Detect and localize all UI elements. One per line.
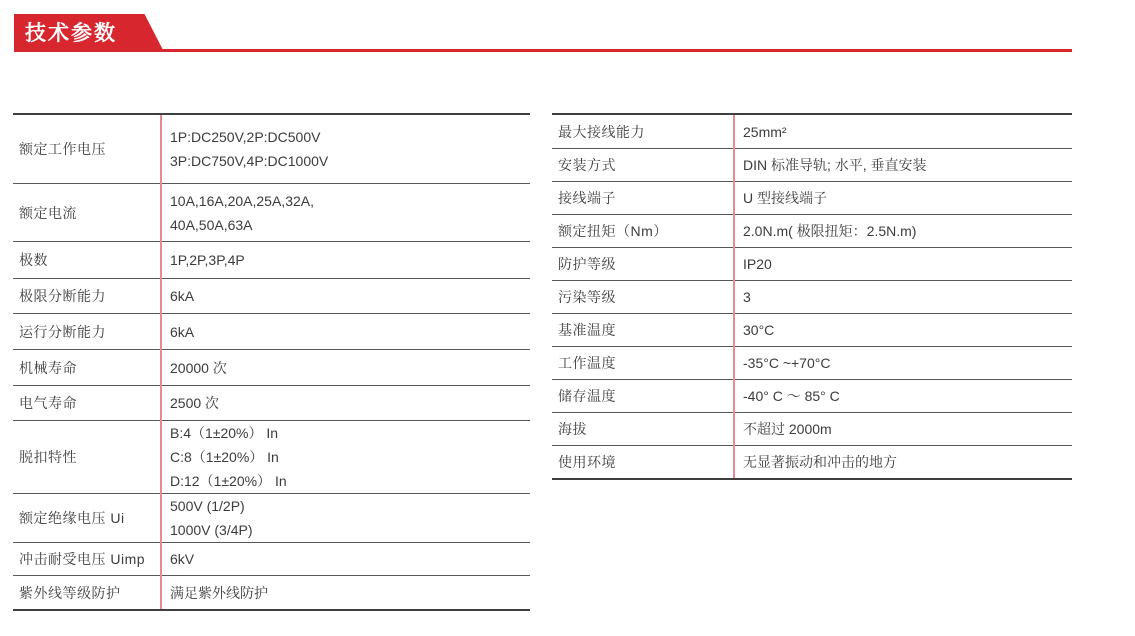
- spec-label: 额定工作电压: [13, 139, 160, 159]
- column-divider: [733, 115, 735, 478]
- table-row: 储存温度 -40° C ～ 85° C: [552, 379, 1072, 412]
- spec-value: 10A,16A,20A,25A,32A, 40A,50A,63A: [160, 189, 530, 237]
- spec-label: 污染等级: [552, 287, 733, 307]
- spec-value: 1P,2P,3P,4P: [160, 248, 530, 272]
- table-row: 额定绝缘电压 Ui 500V (1/2P) 1000V (3/4P): [13, 493, 530, 542]
- spec-value: 500V (1/2P) 1000V (3/4P): [160, 494, 530, 542]
- table-row: 冲击耐受电压 Uimp 6kV: [13, 542, 530, 575]
- spec-value: 3: [733, 285, 1072, 309]
- spec-value: 2.0N.m( 极限扭矩：2.5N.m): [733, 219, 1072, 243]
- spec-label: 极限分断能力: [13, 286, 160, 306]
- spec-label: 储存温度: [552, 386, 733, 406]
- table-row: 安装方式 DIN 标准导轨; 水平, 垂直安装: [552, 148, 1072, 181]
- spec-value: U 型接线端子: [733, 186, 1072, 210]
- spec-value: 6kA: [160, 284, 530, 308]
- spec-label: 安装方式: [552, 155, 733, 175]
- spec-label: 电气寿命: [13, 393, 160, 413]
- spec-label: 接线端子: [552, 188, 733, 208]
- table-row: 电气寿命 2500 次: [13, 385, 530, 420]
- spec-label: 冲击耐受电压 Uimp: [13, 549, 160, 569]
- table-row: 海拔 不超过 2000m: [552, 412, 1072, 445]
- spec-value: 满足紫外线防护: [160, 581, 530, 605]
- table-row: 运行分断能力 6kA: [13, 313, 530, 349]
- spec-label: 机械寿命: [13, 358, 160, 378]
- spec-value: 25mm²: [733, 120, 1072, 144]
- table-row: 最大接线能力 25mm²: [552, 115, 1072, 148]
- table-row: 额定工作电压 1P:DC250V,2P:DC500V 3P:DC750V,4P:…: [13, 115, 530, 183]
- table-row: 使用环境 无显著振动和冲击的地方: [552, 445, 1072, 478]
- table-row: 工作温度 -35°C ~+70°C: [552, 346, 1072, 379]
- spec-value: 无显著振动和冲击的地方: [733, 450, 1072, 474]
- spec-label: 脱扣特性: [13, 447, 160, 467]
- spec-label: 工作温度: [552, 353, 733, 373]
- section-banner: 技术参数: [14, 14, 164, 52]
- mechanical-spec-table: 最大接线能力 25mm² 安装方式 DIN 标准导轨; 水平, 垂直安装 接线端…: [552, 113, 1072, 480]
- table-row: 污染等级 3: [552, 280, 1072, 313]
- table-row: 脱扣特性 B:4（1±20%） In C:8（1±20%） In D:12（1±…: [13, 420, 530, 493]
- spec-label: 海拔: [552, 419, 733, 439]
- table-row: 极限分断能力 6kA: [13, 278, 530, 313]
- spec-value: 不超过 2000m: [733, 417, 1072, 441]
- table-row: 紫外线等级防护 满足紫外线防护: [13, 575, 530, 609]
- spec-label: 运行分断能力: [13, 322, 160, 342]
- spec-label: 防护等级: [552, 254, 733, 274]
- electrical-spec-table: 额定工作电压 1P:DC250V,2P:DC500V 3P:DC750V,4P:…: [13, 113, 530, 611]
- table-row: 防护等级 IP20: [552, 247, 1072, 280]
- spec-value: 20000 次: [160, 356, 530, 380]
- spec-label: 紫外线等级防护: [13, 583, 160, 603]
- spec-label: 额定绝缘电压 Ui: [13, 508, 160, 528]
- spec-value: 1P:DC250V,2P:DC500V 3P:DC750V,4P:DC1000V: [160, 125, 530, 173]
- table-row: 额定电流 10A,16A,20A,25A,32A, 40A,50A,63A: [13, 183, 530, 241]
- table-row: 接线端子 U 型接线端子: [552, 181, 1072, 214]
- spec-value: 6kA: [160, 320, 530, 344]
- spec-label: 使用环境: [552, 452, 733, 472]
- table-row: 额定扭矩（Nm） 2.0N.m( 极限扭矩：2.5N.m): [552, 214, 1072, 247]
- column-divider: [160, 115, 162, 609]
- spec-label: 极数: [13, 250, 160, 270]
- spec-value: 6kV: [160, 547, 530, 571]
- table-row: 基准温度 30°C: [552, 313, 1072, 346]
- spec-value: 30°C: [733, 318, 1072, 342]
- table-row: 机械寿命 20000 次: [13, 349, 530, 385]
- spec-label: 最大接线能力: [552, 122, 733, 142]
- spec-value: -40° C ～ 85° C: [733, 384, 1072, 408]
- spec-label: 基准温度: [552, 320, 733, 340]
- spec-value: IP20: [733, 252, 1072, 276]
- spec-label: 额定电流: [13, 203, 160, 223]
- table-row: 极数 1P,2P,3P,4P: [13, 241, 530, 278]
- spec-label: 额定扭矩（Nm）: [552, 221, 733, 241]
- datasheet-page: 技术参数 额定工作电压 1P:DC250V,2P:DC500V 3P:DC750…: [0, 0, 1135, 636]
- spec-value: DIN 标准导轨; 水平, 垂直安装: [733, 153, 1072, 177]
- spec-value: -35°C ~+70°C: [733, 351, 1072, 375]
- spec-value: 2500 次: [160, 391, 530, 415]
- page-title: 技术参数: [14, 17, 117, 49]
- spec-value: B:4（1±20%） In C:8（1±20%） In D:12（1±20%） …: [160, 421, 530, 493]
- header-rule: [14, 49, 1072, 52]
